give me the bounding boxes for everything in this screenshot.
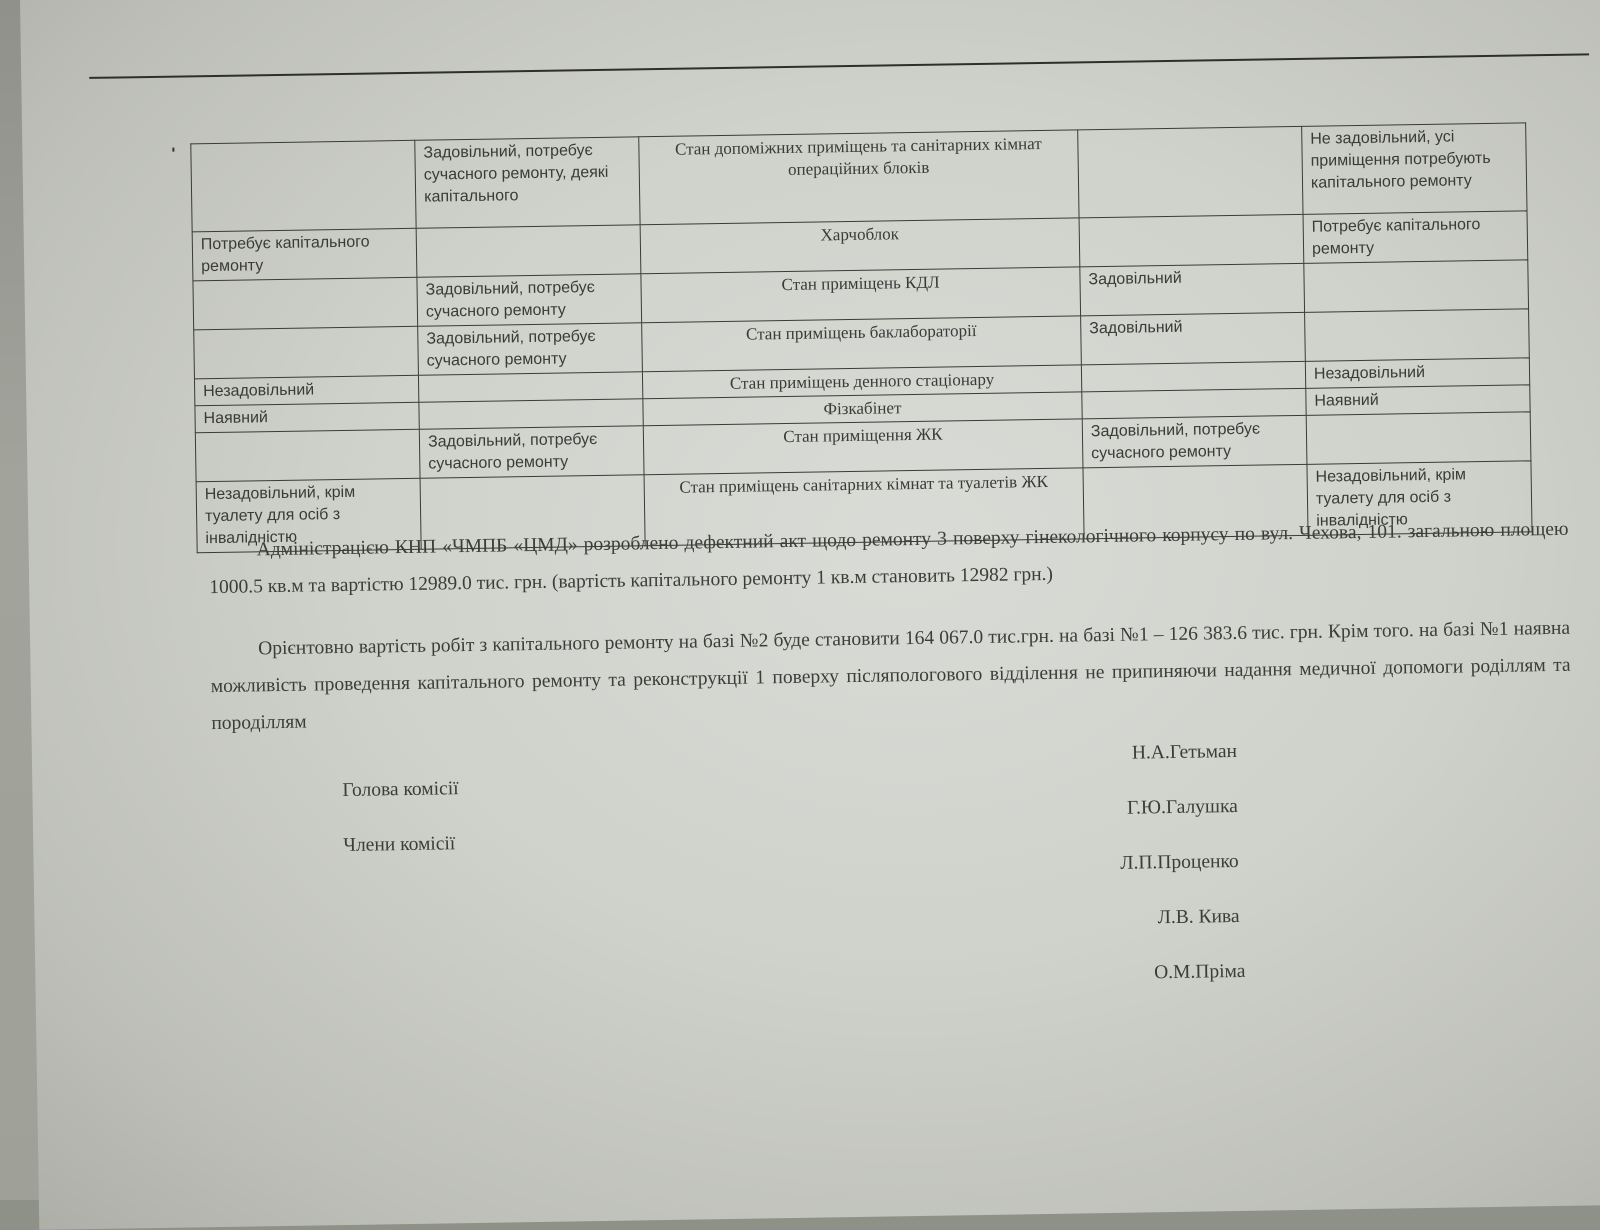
cell-indicator: Стан приміщень баклабораторії	[642, 316, 1082, 372]
header-rule	[89, 53, 1589, 79]
cell-status-col4	[1082, 388, 1306, 419]
paragraph-text: Орієнтовно вартість робіт з капітального…	[210, 610, 1572, 742]
cell-status-col1: Потребує капітального ремонту	[192, 228, 417, 281]
cell-status-col4: Задовільний, потребує сучасного ремонту	[1082, 415, 1307, 468]
cell-status-col2	[418, 372, 642, 403]
cell-status-col1: Наявний	[195, 402, 419, 433]
cell-status-col4	[1078, 126, 1303, 218]
cell-status-col4	[1079, 214, 1304, 267]
print-speck	[172, 148, 174, 152]
cell-status-col2: Задовільний, потребує сучасного ремонту	[419, 426, 644, 479]
cell-status-col1	[194, 326, 419, 379]
cell-indicator: Стан приміщення ЖК	[643, 419, 1083, 475]
cell-status-col2: Задовільний, потребує сучасного ремонту	[418, 323, 643, 376]
cell-status-col2: Задовільний, потребує сучасного ремонту	[417, 274, 642, 327]
cell-status-col5	[1304, 260, 1529, 313]
cell-status-col4: Задовільний	[1080, 263, 1305, 316]
cell-status-col1	[195, 429, 420, 482]
signatory-name: О.М.Пріма	[1005, 961, 1245, 987]
cell-status-col5	[1306, 412, 1531, 465]
cell-indicator: Стан приміщень КДЛ	[641, 267, 1081, 323]
cell-status-col1: Незадовільний	[194, 375, 418, 406]
cell-status-col5: Наявний	[1306, 385, 1530, 416]
document-page: Задовільний, потребує сучасного ремонту,…	[20, 0, 1600, 1200]
signatory-name: Н.А.Гетьман	[997, 741, 1237, 767]
commission-members-label: Члени комісії	[343, 833, 455, 857]
cell-status-col5: Незадовільний	[1305, 358, 1529, 389]
cell-status-col2	[419, 399, 643, 430]
signatory-name: Л.В. Кива	[999, 906, 1239, 932]
paragraph-repair-cost: Орієнтовно вартість робіт з капітального…	[210, 610, 1572, 742]
cell-status-col4	[1081, 361, 1305, 392]
signatory-name: Л.П.Проценко	[999, 851, 1239, 877]
cell-status-col2	[416, 225, 641, 278]
cell-status-col1	[191, 140, 416, 232]
cell-indicator: Харчоблок	[640, 218, 1080, 274]
premises-condition-table: Задовільний, потребує сучасного ремонту,…	[190, 122, 1532, 553]
cell-status-col1	[193, 277, 418, 330]
cell-status-col2: Задовільний, потребує сучасного ремонту,…	[415, 137, 640, 229]
cell-status-col4: Задовільний	[1081, 312, 1306, 365]
cell-indicator: Стан допоміжних приміщень та санітарних …	[639, 130, 1079, 225]
cell-status-col5: Потребує капітального ремонту	[1303, 211, 1528, 264]
cell-status-col5	[1305, 309, 1530, 362]
signatory-name: Г.Ю.Галушка	[998, 796, 1238, 822]
commission-chair-label: Голова комісії	[342, 778, 458, 802]
cell-status-col5: Не задовільний, усі приміщення потребуют…	[1302, 123, 1527, 215]
